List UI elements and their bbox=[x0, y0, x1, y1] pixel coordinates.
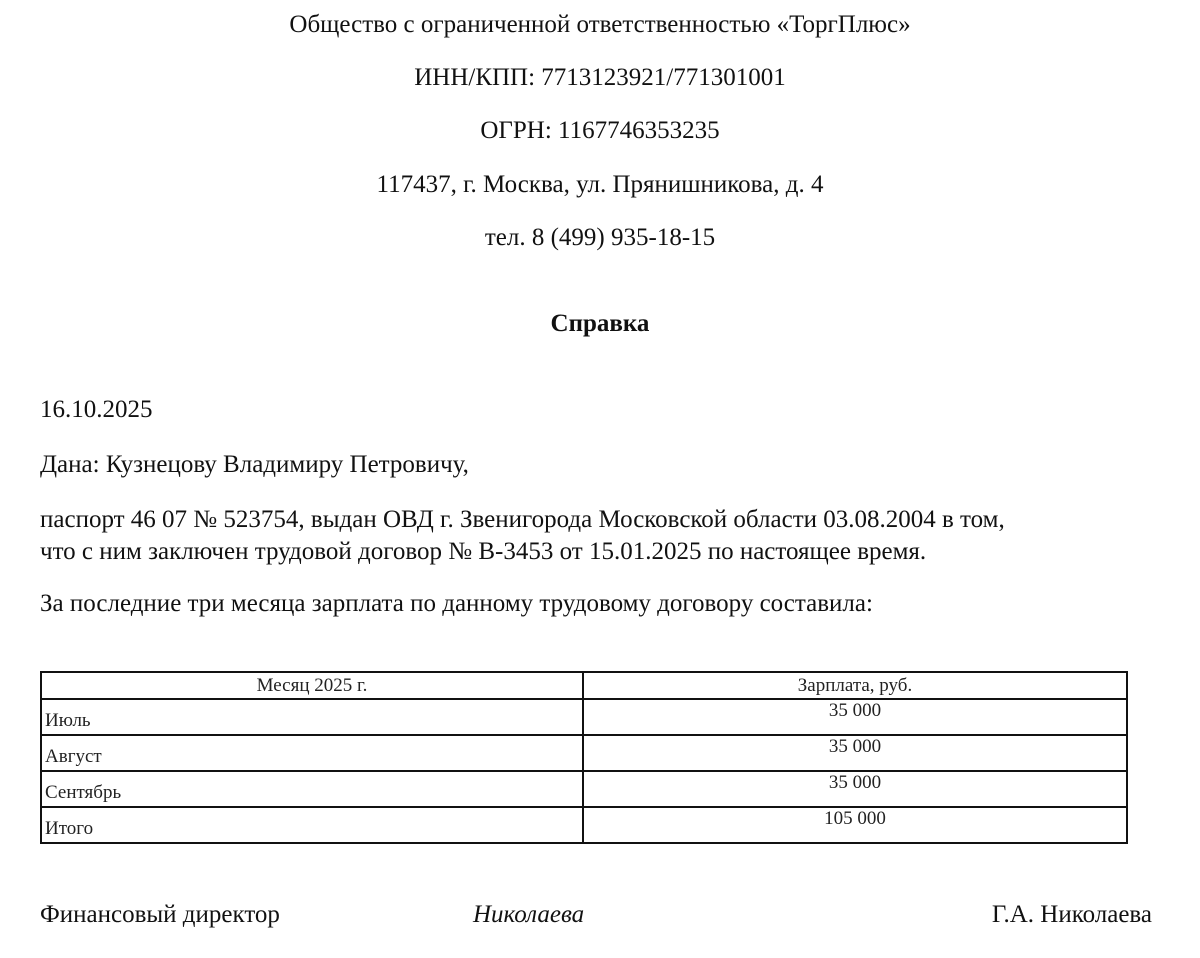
header-month: Месяц 2025 г. bbox=[41, 672, 583, 699]
issued-to: Дана: Кузнецову Владимиру Петровичу, bbox=[40, 450, 469, 480]
company-address: 117437, г. Москва, ул. Прянишникова, д. … bbox=[0, 170, 1200, 200]
row-amount: 35 000 bbox=[583, 771, 1127, 807]
row-amount: 35 000 bbox=[583, 735, 1127, 771]
table-header-row: Месяц 2025 г. Зарплата, руб. bbox=[41, 672, 1127, 699]
table-row: Август 35 000 bbox=[41, 735, 1127, 771]
passport-line-1: паспорт 46 07 № 523754, выдан ОВД г. Зве… bbox=[40, 505, 1005, 535]
row-month: Сентябрь bbox=[41, 771, 583, 807]
ogrn: ОГРН: 1167746353235 bbox=[0, 116, 1200, 146]
passport-line-2: что с ним заключен трудовой договор № В-… bbox=[40, 537, 926, 567]
salary-table: Месяц 2025 г. Зарплата, руб. Июль 35 000… bbox=[40, 671, 1128, 844]
signature: Николаева bbox=[473, 900, 584, 930]
document-date: 16.10.2025 bbox=[40, 395, 153, 425]
inn-kpp: ИНН/КПП: 7713123921/771301001 bbox=[0, 63, 1200, 93]
table-row-total: Итого 105 000 bbox=[41, 807, 1127, 843]
company-name: Общество с ограниченной ответственностью… bbox=[0, 10, 1200, 40]
header-salary: Зарплата, руб. bbox=[583, 672, 1127, 699]
salary-intro: За последние три месяца зарплата по данн… bbox=[40, 589, 873, 619]
company-phone: тел. 8 (499) 935-18-15 bbox=[0, 223, 1200, 253]
row-month: Август bbox=[41, 735, 583, 771]
signatory-position: Финансовый директор bbox=[40, 900, 280, 930]
row-amount: 35 000 bbox=[583, 699, 1127, 735]
row-month: Итого bbox=[41, 807, 583, 843]
document-title: Справка bbox=[0, 309, 1200, 339]
row-month: Июль bbox=[41, 699, 583, 735]
row-amount: 105 000 bbox=[583, 807, 1127, 843]
table-row: Июль 35 000 bbox=[41, 699, 1127, 735]
table-row: Сентябрь 35 000 bbox=[41, 771, 1127, 807]
signatory-name: Г.А. Николаева bbox=[992, 900, 1152, 930]
